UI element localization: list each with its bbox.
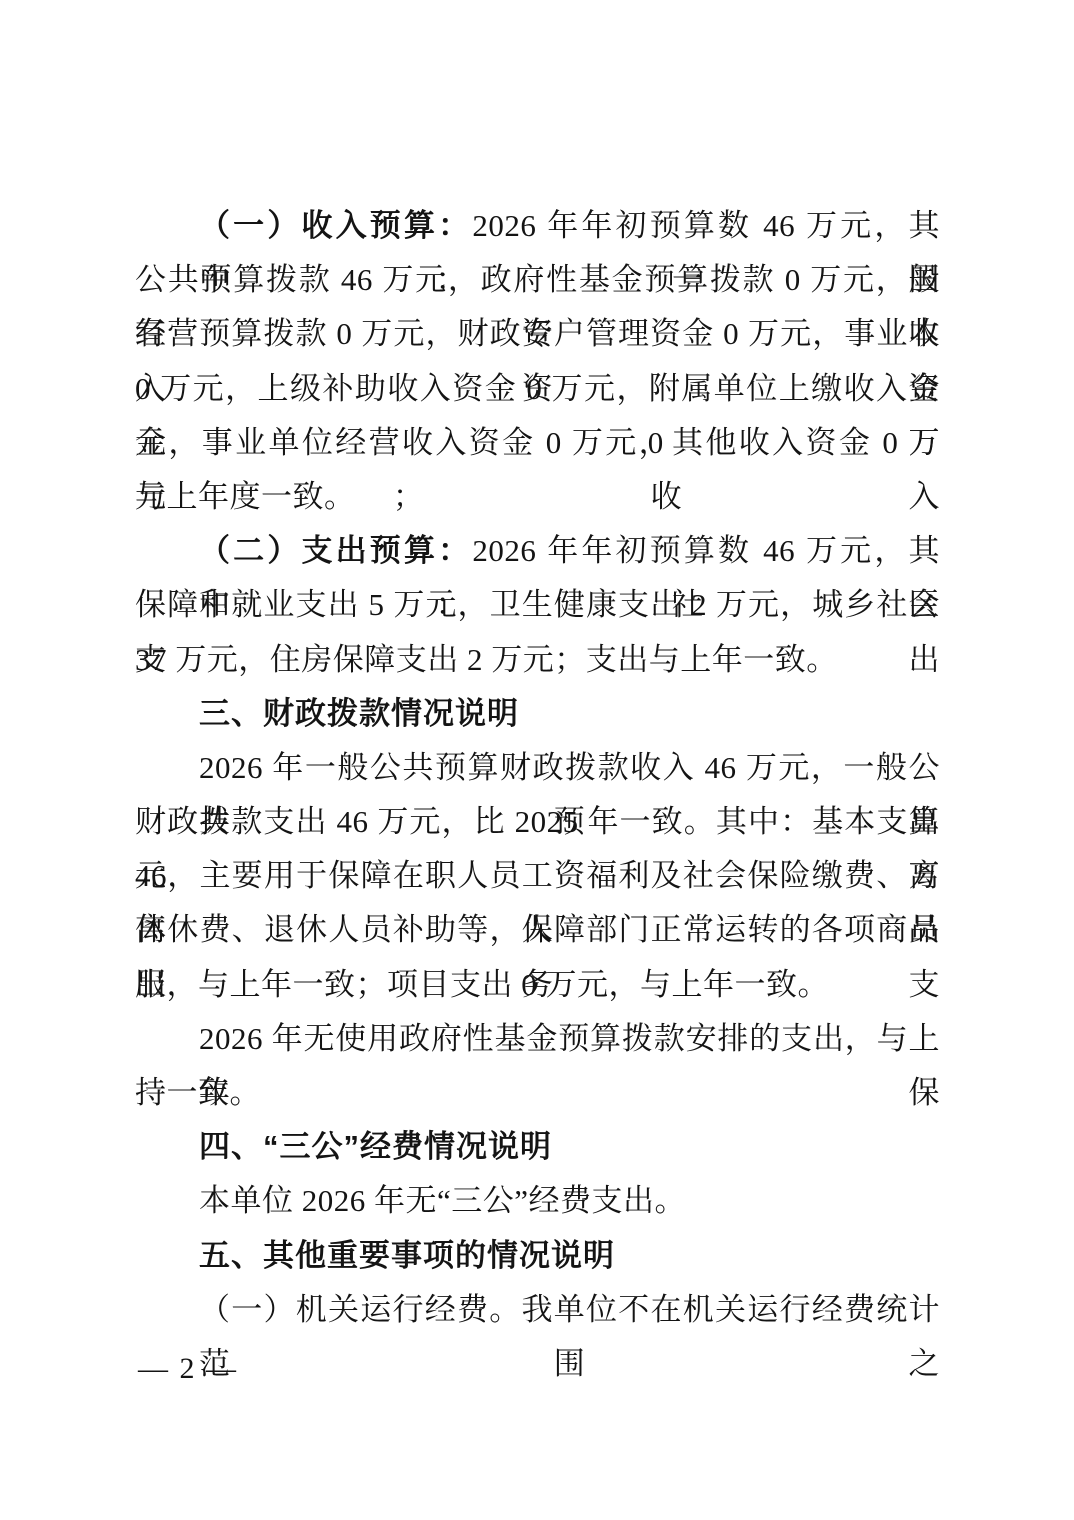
page-number: — 2 — <box>138 1342 238 1396</box>
paragraph-expense-line: 保障和就业支出 5 万元，卫生健康支出 2 万元，城乡社区支出 <box>135 578 940 632</box>
paragraph-income-line: 经营预算拨款 0 万元，财政专户管理资金 0 万元，事业收入资金 <box>135 307 940 361</box>
paragraph-expense-line: （二）支出预算：2026 年年初预算数 46 万元，其中：社会 <box>135 524 940 578</box>
paragraph-fiscal-line: 离休费、退休人员补助等，保障部门正常运转的各项商品服务支 <box>135 903 940 957</box>
paragraph-income-line: 0 万元，上级补助收入资金 0 万元，附属单位上缴收入资金 0 万 <box>135 362 940 416</box>
document-body: （一）收入预算：2026 年年初预算数 46 万元，其中：一般 公共预算拨款 4… <box>135 199 940 1337</box>
paragraph-three-public-line: 本单位 2026 年无“三公”经费支出。 <box>135 1174 940 1228</box>
paragraph-fiscal-line: 财政拨款支出 46 万元，比 2025 年一致。其中：基本支出 46 万 <box>135 795 940 849</box>
section-heading-other-important-matters: 五、其他重要事项的情况说明 <box>135 1229 940 1283</box>
paragraph-lead-expense: （二）支出预算： <box>199 533 472 568</box>
paragraph-income-line: 公共预算拨款 46 万元，政府性基金预算拨款 0 万元，国有资本 <box>135 253 940 307</box>
paragraph-lead-income: （一）收入预算： <box>199 208 472 243</box>
paragraph-fiscal-line: 元，主要用于保障在职人员工资福利及社会保险缴费、离休人员 <box>135 849 940 903</box>
paragraph-govfund-line: 2026 年无使用政府性基金预算拨款安排的支出，与上年保 <box>135 1012 940 1066</box>
paragraph-income-line: 元，事业单位经营收入资金 0 万元，其他收入资金 0 万元；收入 <box>135 416 940 470</box>
paragraph-income-line: （一）收入预算：2026 年年初预算数 46 万元，其中：一般 <box>135 199 940 253</box>
section-heading-three-public-expenses: 四、“三公”经费情况说明 <box>135 1120 940 1174</box>
paragraph-fiscal-line: 2026 年一般公共预算财政拨款收入 46 万元，一般公共预算 <box>135 741 940 795</box>
paragraph-operating-funds-line: （一）机关运行经费。我单位不在机关运行经费统计范围之 <box>135 1283 940 1337</box>
paragraph-fiscal-line: 出，与上年一致；项目支出 0 万元，与上年一致。 <box>135 958 940 1012</box>
section-heading-fiscal-appropriation: 三、财政拨款情况说明 <box>135 687 940 741</box>
paragraph-expense-line: 37 万元，住房保障支出 2 万元；支出与上年一致。 <box>135 633 940 687</box>
paragraph-lead-operating-funds: （一）机关运行经费。 <box>199 1292 522 1327</box>
